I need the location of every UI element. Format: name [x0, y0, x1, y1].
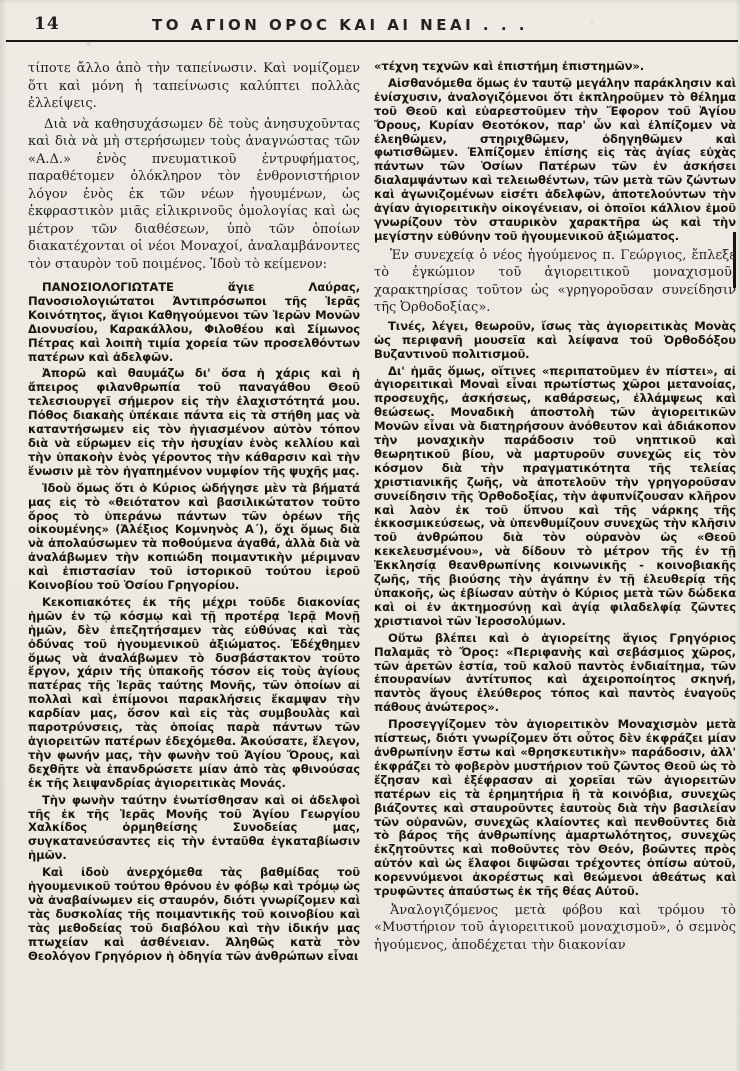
paragraph: Διὰ νὰ καθησυχάσωμεν δὲ τοὺς ἀνησυχοῦντα… — [28, 116, 360, 274]
paragraph: Οὕτω βλέπει καὶ ὁ ἁγιορείτης ἅγιος Γρηγό… — [374, 632, 736, 715]
paragraph: Καὶ ἰδοὺ ἀνερχόμεθα τὰς βαθμίδας τοῦ ἡγο… — [28, 866, 360, 963]
paragraph: «τέχνη τεχνῶν καὶ ἐπιστήμη ἐπιστημῶν». — [374, 60, 736, 74]
text-body: τίποτε ἄλλο ἀπὸ τὴν ταπείνωσιν. Καὶ νομί… — [28, 60, 736, 1071]
paragraph: Αἰσθανόμεθα ὅμως ἐν ταυτῷ μεγάλην παράκλ… — [374, 77, 736, 244]
paragraph: τίποτε ἄλλο ἀπὸ τὴν ταπείνωσιν. Καὶ νομί… — [28, 60, 360, 113]
page-title: ΤΟ ΑΓΙΟΝ ΟΡΟC ΚΑΙ ΑΙ ΝΕΑΙ . . . — [0, 16, 680, 34]
header-rule — [6, 40, 738, 42]
paragraph: Κεκοπιακότες ἐκ τῆς μέχρι τοῦδε διακονία… — [28, 596, 360, 791]
paragraph: Ἰδοὺ ὅμως ὅτι ὁ Κύριος ὡδήγησε μὲν τὰ βή… — [28, 482, 360, 593]
paragraph: Τὴν φωνὴν ταύτην ἐνωτίσθησαν καὶ οἱ ἀδελ… — [28, 794, 360, 864]
paragraph: Τινές, λέγει, θεωροῦν, ἴσως τὰς ἁγιορειτ… — [374, 320, 736, 362]
paragraph: Προσεγγίζομεν τὸν ἁγιορειτικὸν Μοναχισμὸ… — [374, 718, 736, 899]
page-header: 14 ΤΟ ΑΓΙΟΝ ΟΡΟC ΚΑΙ ΑΙ ΝΕΑΙ . . . — [0, 10, 740, 40]
paragraph: Ἐν συνεχείᾳ ὁ νέος ἡγούμενος π. Γεώργιος… — [374, 247, 736, 317]
left-column: τίποτε ἄλλο ἀπὸ τὴν ταπείνωσιν. Καὶ νομί… — [28, 60, 360, 1071]
paragraph: Ἀναλογιζόμενος μετὰ φόβου καὶ τρόμου τὸ … — [374, 902, 736, 955]
paragraph: Ἀπορῶ καὶ θαυμάζω δι' ὅσα ἡ χάρις καὶ ἡ … — [28, 367, 360, 478]
paragraph: Δι' ἡμᾶς ὅμως, οἵτινες «περιπατοῦμεν ἐν … — [374, 365, 736, 629]
paragraph: ΠΑΝΟΣΙΟΛΟΓΙΩΤΑΤΕ ἅγιε Λαύρας, Πανοσιολογ… — [28, 281, 360, 364]
right-column: «τέχνη τεχνῶν καὶ ἐπιστήμη ἐπιστημῶν».Αἰ… — [374, 60, 736, 1071]
